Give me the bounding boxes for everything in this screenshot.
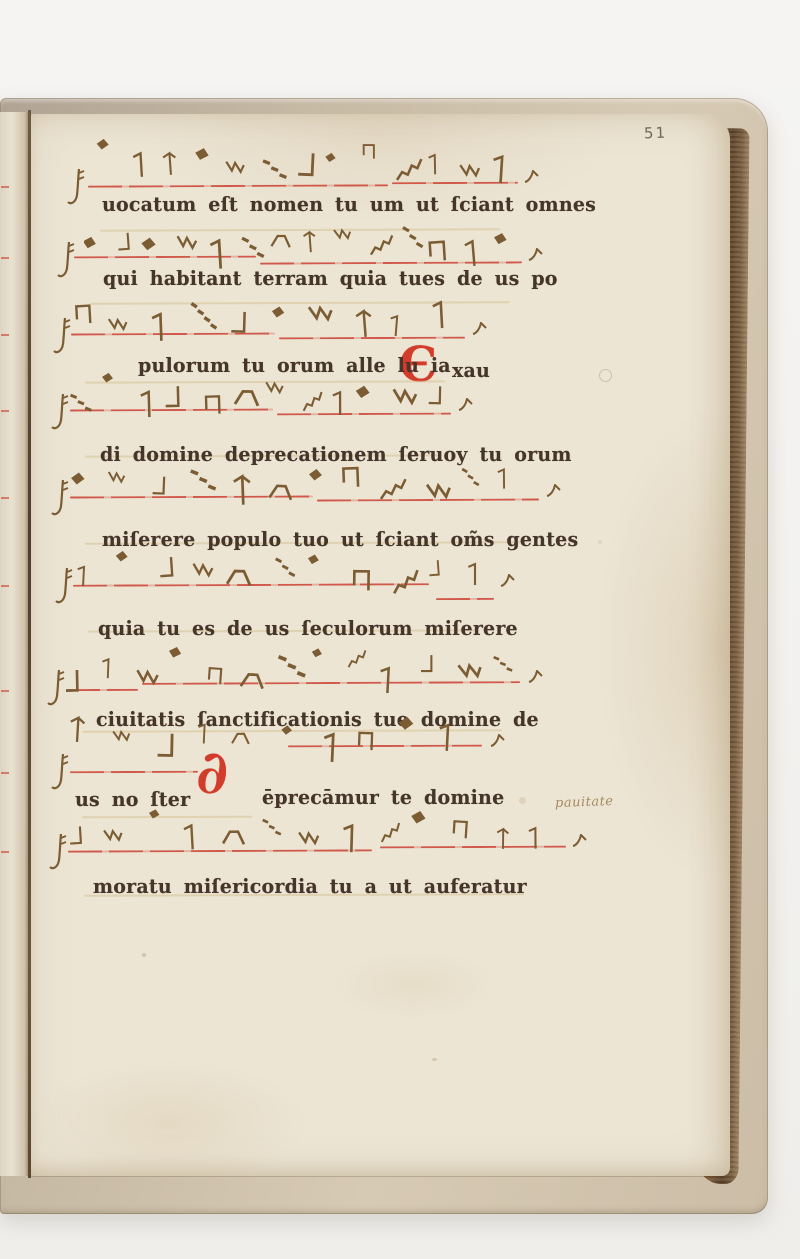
neume-t [227, 571, 250, 585]
neume-s [66, 670, 77, 691]
neumes-icon [72, 292, 502, 346]
neume-z [393, 389, 416, 403]
neume-v [433, 302, 443, 328]
neume-A [356, 311, 373, 338]
neume-c [453, 821, 466, 838]
neume-p [73, 474, 83, 483]
neume-m [263, 159, 286, 179]
staff-line-red [436, 598, 494, 600]
neume-s [153, 476, 165, 493]
neume-v [133, 153, 142, 177]
neume-v [333, 392, 340, 415]
f-clef-icon [50, 478, 72, 520]
neume-p [274, 308, 283, 316]
neume-t [269, 485, 291, 499]
neume-m [275, 559, 295, 576]
neume-z [104, 830, 122, 840]
neume-z [137, 670, 158, 683]
neume-v [379, 668, 388, 693]
custos-icon [524, 170, 542, 186]
manuscript-content: 51 Є ∂ pauitate uocatum eſt nomen tu um … [0, 0, 800, 1259]
gutter-staff-mark [1, 334, 9, 336]
neume-z [108, 472, 124, 482]
neume-p [309, 556, 317, 563]
neume-t [232, 734, 249, 744]
neume-A [70, 717, 85, 742]
neume-s [231, 312, 244, 332]
neume-s [429, 386, 440, 403]
neume-z [266, 382, 283, 392]
chant-text-line: uocatum eſt nomen tu um ut ſciant omnes [102, 194, 596, 216]
neume-s [298, 153, 313, 175]
gutter-staff-mark [1, 410, 9, 412]
custos-icon [458, 398, 476, 414]
neume-s [158, 733, 173, 755]
neume-t [235, 391, 258, 406]
neumes-icon [70, 368, 488, 422]
neume-m [263, 819, 281, 835]
neume-v [323, 734, 333, 762]
f-clef-icon [56, 240, 78, 282]
neume-v [429, 155, 436, 174]
neume-v [465, 241, 475, 266]
f-clef-icon [46, 668, 68, 710]
neume-v [141, 392, 150, 417]
gutter-staff-mark [1, 772, 9, 774]
neume-t [271, 236, 289, 247]
neumes-icon [84, 216, 554, 270]
neume-v [492, 156, 502, 183]
neume-q [394, 570, 418, 593]
neume-c [209, 668, 222, 684]
neume-p [496, 234, 505, 242]
neume-c [364, 145, 374, 159]
neume-c [359, 733, 372, 750]
neume-p [311, 470, 321, 479]
custos-icon [572, 834, 590, 850]
neume-s [165, 386, 178, 406]
neume-A [163, 153, 177, 175]
f-clef-icon [52, 316, 74, 358]
neume-s [159, 557, 172, 576]
neume-v [102, 659, 109, 678]
page-number: 51 [644, 124, 668, 143]
neume-p [283, 726, 291, 733]
neume-m [494, 656, 513, 672]
neume-v [184, 826, 193, 850]
neume-m [242, 238, 264, 256]
neume-v [389, 316, 397, 336]
neume-z [109, 319, 127, 329]
neume-q [371, 235, 392, 255]
neume-p [150, 811, 158, 818]
neume-p [358, 387, 368, 396]
neume-q [348, 650, 366, 667]
neume-z [334, 229, 351, 239]
neume-s [69, 826, 81, 843]
neume-c [206, 396, 219, 414]
neume-v [498, 470, 504, 489]
parchment-stain [519, 797, 526, 804]
neume-p [85, 238, 95, 247]
neume-v [439, 725, 448, 751]
neume-p [143, 239, 154, 248]
neume-p [313, 649, 321, 656]
gutter-staff-mark [1, 186, 9, 188]
neumes-icon [68, 806, 598, 860]
neume-p [170, 648, 179, 656]
neume-c [430, 242, 445, 261]
neume-q [303, 392, 323, 411]
parchment-speck [432, 1058, 437, 1061]
neume-z [226, 162, 244, 172]
photo-background: 51 Є ∂ pauitate uocatum eſt nomen tu um … [0, 0, 800, 1259]
neume-c [354, 571, 369, 590]
neume-v [343, 826, 352, 853]
neume-v [152, 314, 161, 341]
neume-p [413, 813, 424, 822]
neume-p [197, 150, 207, 159]
neume-p [401, 718, 412, 728]
gutter-staff-mark [1, 690, 9, 692]
neume-v [529, 828, 536, 849]
f-clef-icon [66, 167, 88, 209]
neumes-icon [70, 710, 514, 764]
neume-M [190, 303, 217, 328]
gutter-staff-mark [1, 585, 9, 587]
neume-z [458, 664, 481, 678]
f-clef-icon [54, 566, 76, 608]
neume-p [117, 552, 126, 560]
custos-icon [490, 734, 508, 750]
neume-z [427, 484, 450, 497]
f-clef-icon [48, 832, 70, 874]
neumes-icon [66, 642, 554, 696]
neume-m [461, 469, 479, 485]
neume-c [343, 468, 358, 487]
neume-q [381, 477, 406, 500]
neume-t [241, 674, 264, 689]
neume-q [381, 823, 401, 842]
neumes-icon [70, 454, 570, 508]
neume-A [497, 829, 508, 849]
chant-text-line: qui habitant terram quia tues de us po [103, 268, 558, 290]
neume-s [421, 655, 431, 671]
neume-v [77, 567, 84, 587]
neume-z [177, 236, 197, 248]
custos-icon [528, 670, 546, 686]
neume-A [234, 476, 251, 505]
neume-m [279, 655, 306, 678]
parchment-speck [142, 953, 146, 957]
neume-v [468, 564, 475, 585]
neume-z [193, 564, 213, 576]
gutter-staff-mark [1, 497, 9, 499]
gutter-staff-mark [1, 851, 9, 853]
neume-v [198, 724, 205, 743]
gutter-staff-mark [1, 257, 9, 259]
neume-z [113, 731, 129, 740]
custos-icon [528, 248, 546, 264]
f-clef-icon [50, 392, 72, 434]
neume-A [303, 232, 316, 253]
neume-p [327, 154, 335, 161]
f-clef-icon [50, 752, 72, 794]
custos-icon [472, 322, 490, 338]
neumes-icon [74, 542, 534, 596]
staff-line-red [70, 771, 198, 774]
neume-t [223, 832, 244, 845]
neume-m [191, 469, 216, 491]
neume-z [460, 165, 479, 176]
neume-q [397, 158, 421, 181]
neume-p [104, 374, 112, 381]
chant-text-line: moratu miſericordia tu a ut auferatur [93, 876, 527, 898]
neume-m [71, 394, 92, 412]
chant-text-line: quia tu es de us ſeculorum miſerere [98, 618, 518, 640]
neume-c [76, 306, 90, 324]
parchment-speck [598, 540, 602, 544]
neume-v [210, 241, 221, 269]
neume-p [98, 140, 107, 148]
neumes-icon [95, 136, 555, 190]
neume-s [428, 560, 438, 575]
custos-icon [500, 574, 518, 590]
custos-icon [546, 484, 564, 500]
parchment-stain [599, 369, 612, 382]
neume-z [309, 307, 332, 320]
neume-z [299, 832, 318, 843]
neume-s [117, 233, 128, 250]
neume-m [402, 227, 424, 246]
